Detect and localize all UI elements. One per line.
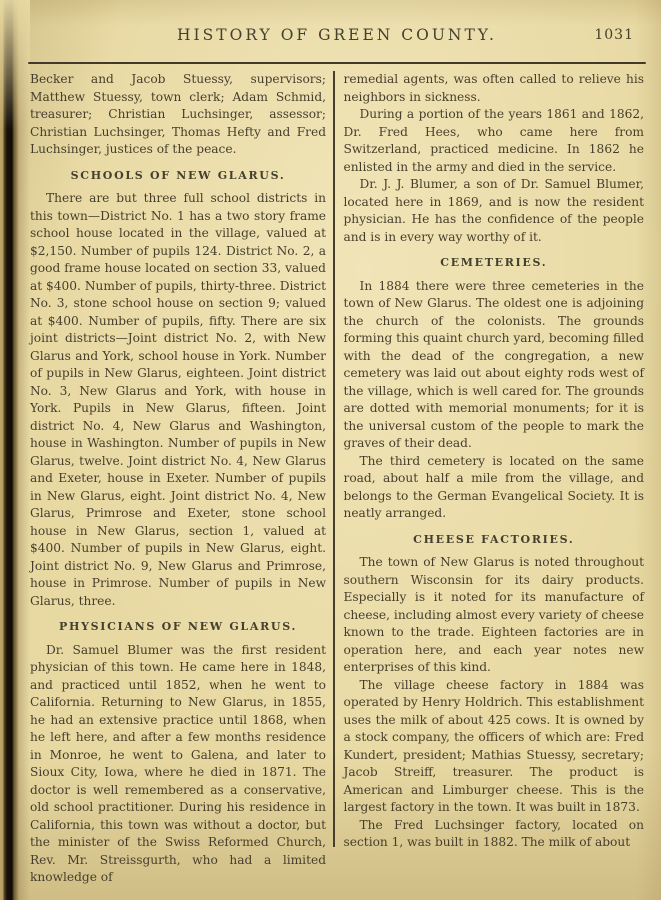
paragraph: remedial agents, was often called to rel… [344,71,645,106]
paragraph: Dr. J. J. Blumer, a son of Dr. Samuel Bl… [344,176,645,246]
paragraph: Becker and Jacob Stuessy, supervisors; M… [30,71,326,159]
section-heading: PHYSICIANS OF NEW GLARUS. [30,618,326,636]
header-rule [28,62,646,64]
section-heading: SCHOOLS OF NEW GLARUS. [30,167,326,185]
text-block: Becker and Jacob Stuessy, supervisors; M… [30,71,644,861]
book-page: HISTORY OF GREEN COUNTY. 1031 Becker and… [0,0,661,900]
page-number: 1031 [594,27,634,43]
section-heading: CEMETERIES. [344,254,645,272]
paragraph: There are but three full school district… [30,190,326,610]
column-divider [333,71,335,847]
paragraph: The village cheese factory in 1884 was o… [344,677,645,817]
paragraph: Dr. Samuel Blumer was the first resident… [30,642,326,887]
running-title: HISTORY OF GREEN COUNTY. [30,26,644,44]
right-column: remedial agents, was often called to rel… [344,71,645,852]
paragraph: The town of New Glarus is noted througho… [344,554,645,677]
book-binding-edge [0,0,30,900]
paragraph: In 1884 there were three cemeteries in t… [344,278,645,453]
paragraph: During a portion of the years 1861 and 1… [344,106,645,176]
left-column: Becker and Jacob Stuessy, supervisors; M… [30,71,326,887]
page-header: HISTORY OF GREEN COUNTY. 1031 [30,26,644,48]
paragraph: The Fred Luchsinger factory, located on … [344,817,645,852]
paragraph: The third cemetery is located on the sam… [344,453,645,523]
section-heading: CHEESE FACTORIES. [344,531,645,549]
